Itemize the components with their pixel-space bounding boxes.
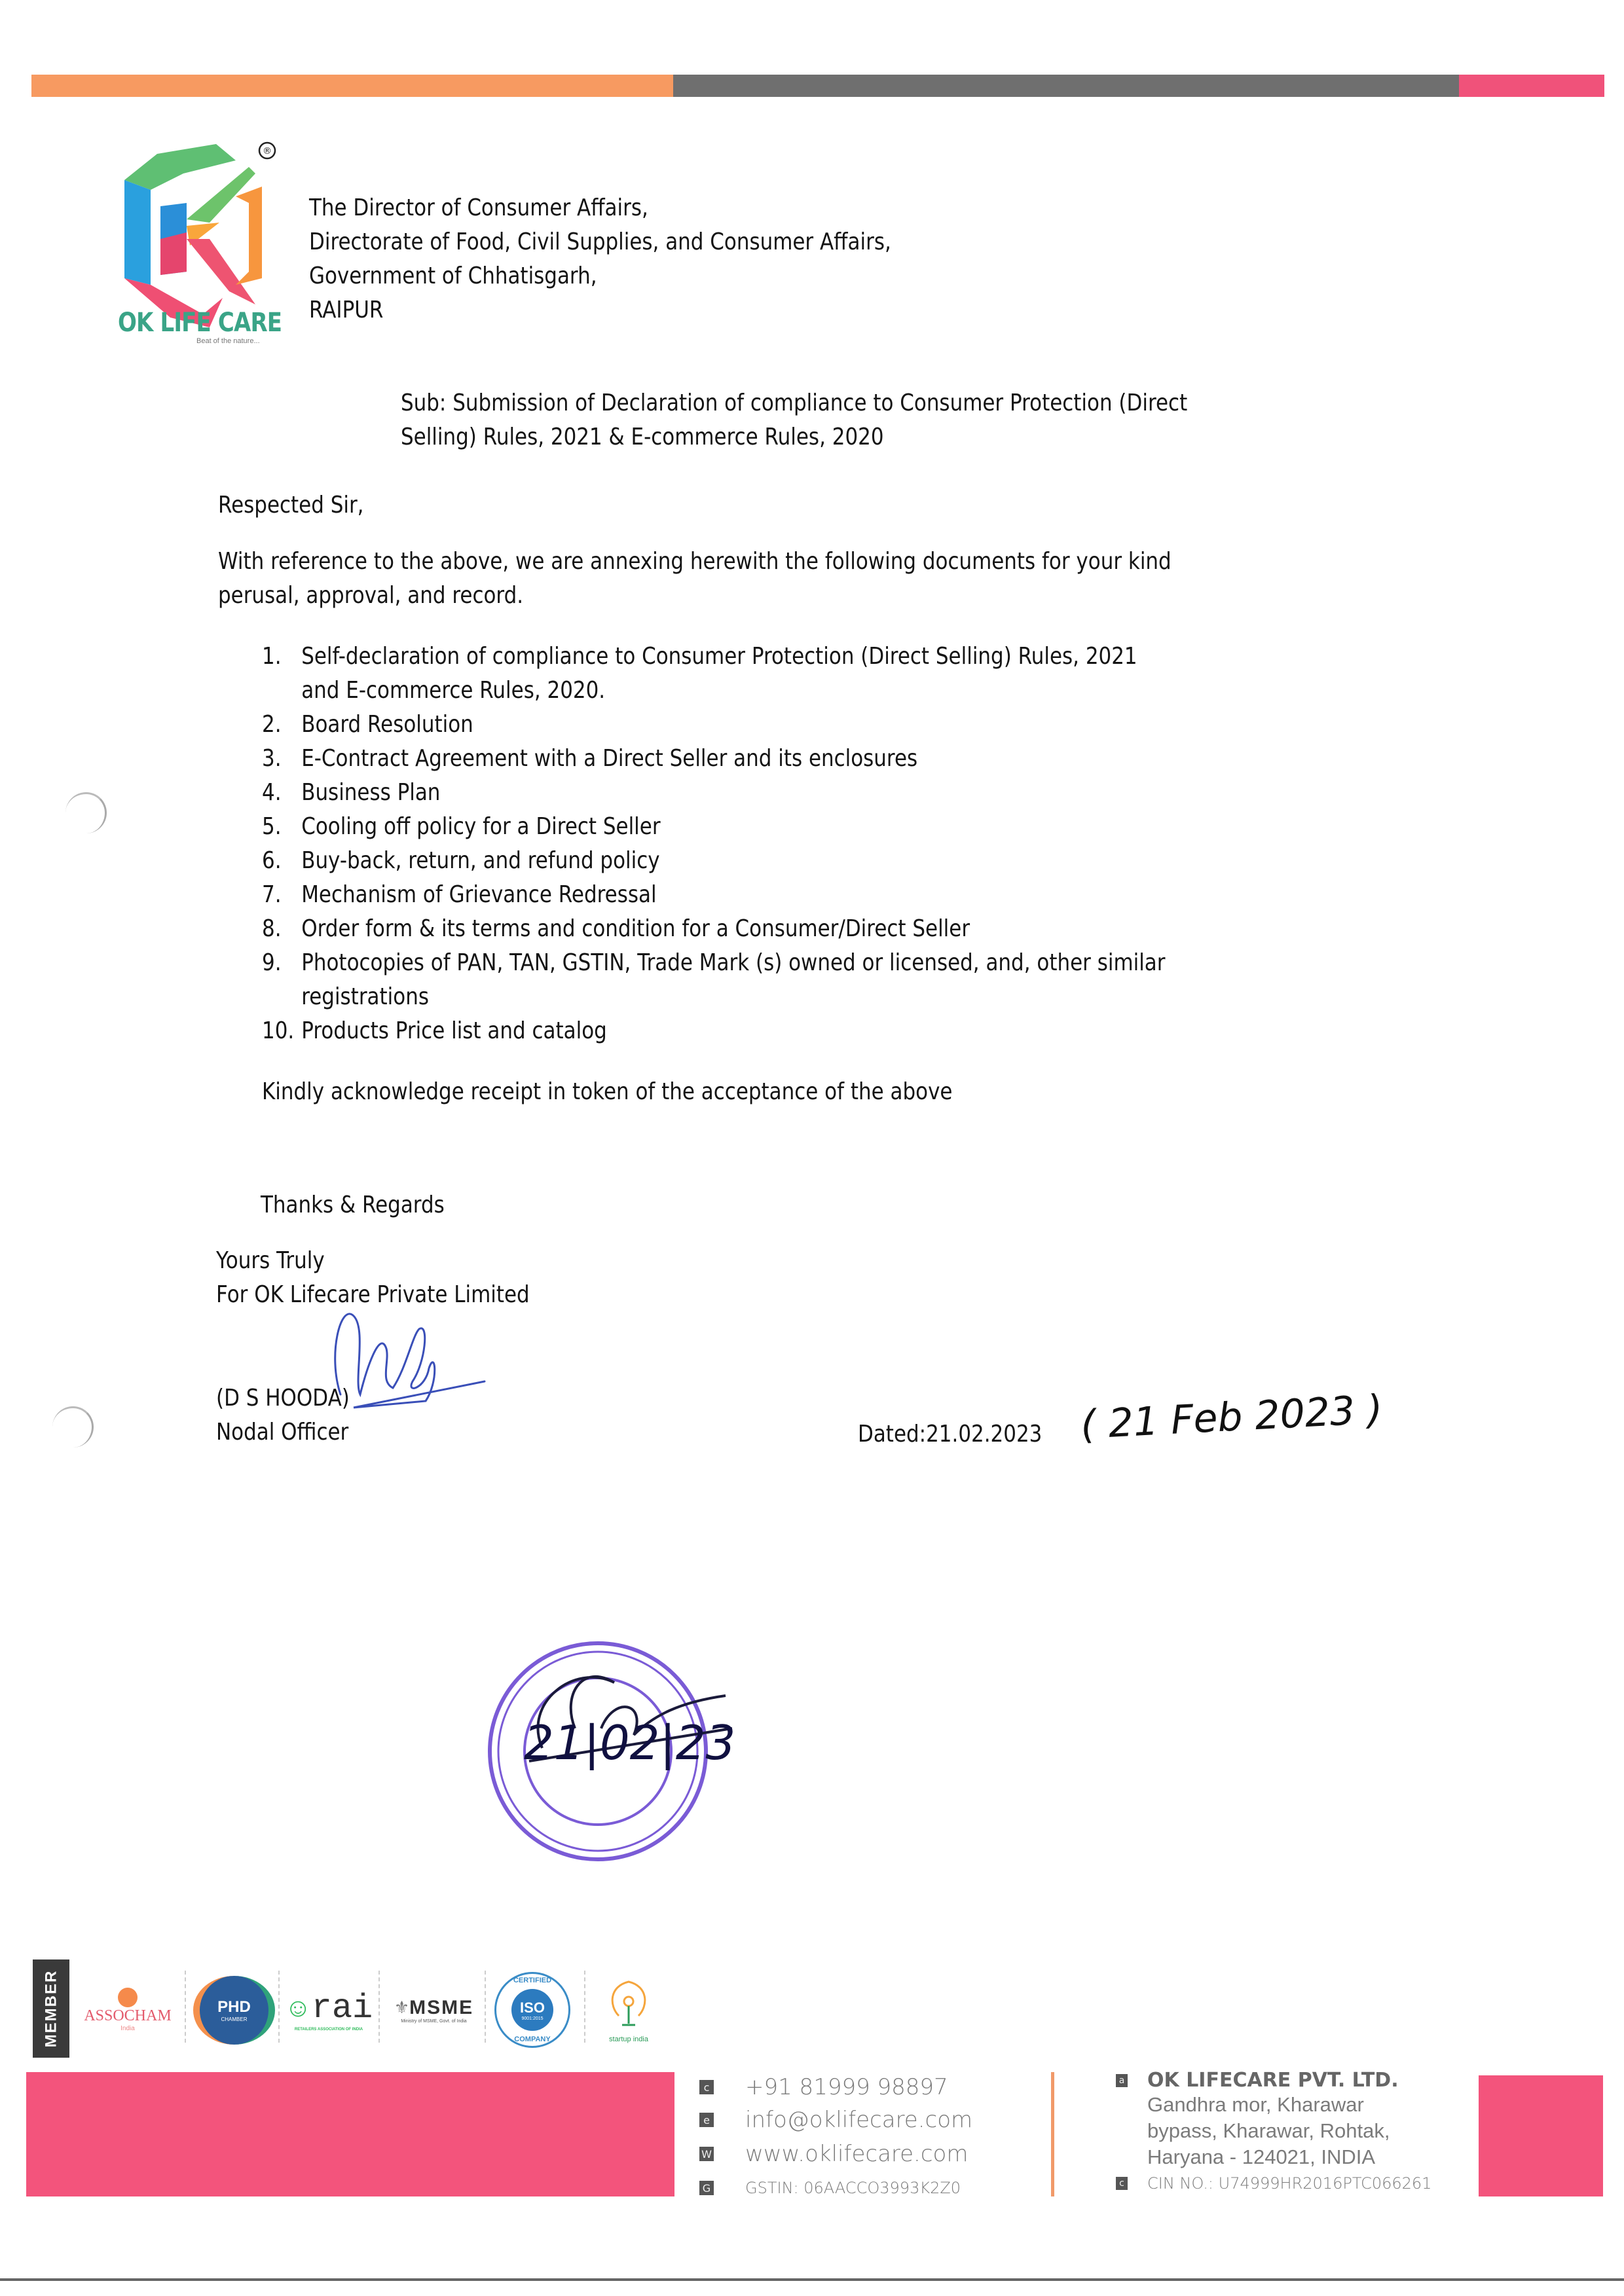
dated-field: Dated:21.02.2023 xyxy=(858,1417,1042,1451)
addressee-line: RAIPUR xyxy=(309,293,891,327)
stripe-pink xyxy=(1459,75,1604,97)
list-number: 6. xyxy=(262,844,301,878)
subject-line: Sub: Submission of Declaration of compli… xyxy=(401,386,1187,420)
yours-truly: Yours Truly xyxy=(216,1244,530,1278)
list-number: 2. xyxy=(262,708,301,742)
intro-line: With reference to the above, we are anne… xyxy=(218,545,1172,579)
phd-chamber-seal-icon: PHD CHAMBER xyxy=(193,1976,275,2045)
logo-brand-name: OK LIFE CARE xyxy=(118,308,282,338)
list-text: and E-commerce Rules, 2020. xyxy=(301,674,605,708)
lightbulb-icon xyxy=(609,1977,648,2035)
badge-separator xyxy=(378,1971,380,2043)
address-line: Haryana - 124021, INDIA xyxy=(1147,2144,1431,2170)
scan-punch-mark xyxy=(52,1406,94,1448)
company-address-block: a OK LIFECARE PVT. LTD. Gandhra mor, Kha… xyxy=(1116,2069,1431,2193)
address-line: Gandhra mor, Kharawar xyxy=(1147,2092,1431,2118)
address-line: bypass, Kharawar, Rohtak, xyxy=(1147,2118,1431,2144)
stripe-orange xyxy=(31,75,673,97)
phd-chamber-badge: PHD CHAMBER xyxy=(193,1964,275,2056)
list-text: Cooling off policy for a Direct Seller xyxy=(301,810,660,844)
document-list-item: 6.Buy-back, return, and refund policy xyxy=(262,844,1166,878)
badge-separator xyxy=(485,1971,486,2043)
assocham-badge: ASSOCHAM India xyxy=(82,1964,174,2056)
document-list-item: and E-commerce Rules, 2020. xyxy=(262,674,1166,708)
subject-line: Selling) Rules, 2021 & E-commerce Rules,… xyxy=(401,420,1187,454)
rai-badge: ☺ rai RETAILERS ASSOCIATION OF INDIA xyxy=(283,1964,375,2056)
startup-india-badge: startup india xyxy=(593,1964,665,2056)
address-icon: a xyxy=(1116,2074,1128,2087)
addressee-line: The Director of Consumer Affairs, xyxy=(309,191,891,225)
list-text: Products Price list and catalog xyxy=(301,1014,607,1048)
dated-label: Dated: xyxy=(858,1421,926,1448)
contact-phone: c +91 81999 98897 xyxy=(699,2074,948,2100)
document-list-item: 4.Business Plan xyxy=(262,776,1166,810)
list-number xyxy=(262,980,301,1014)
phone-icon: c xyxy=(699,2080,714,2094)
msme-badge: ⚜ MSME Ministry of MSME, Govt. of India xyxy=(386,1964,481,2056)
document-list-item: 8.Order form & its terms and condition f… xyxy=(262,912,1166,946)
logo-tagline: Beat of the nature... xyxy=(196,337,260,345)
documents-list: 1.Self-declaration of compliance to Cons… xyxy=(262,640,1166,1048)
assocham-sun-icon xyxy=(118,1988,138,2007)
contact-gstin: G GSTIN: 06AACCO3993K2Z0 xyxy=(699,2179,961,2197)
addressee-line: Directorate of Food, Civil Supplies, and… xyxy=(309,225,891,259)
addressee-line: Government of Chhatisgarh, xyxy=(309,259,891,293)
addressee-block: The Director of Consumer Affairs, Direct… xyxy=(309,191,891,327)
list-text: Self-declaration of compliance to Consum… xyxy=(301,640,1137,674)
contact-email: e info@oklifecare.com xyxy=(699,2107,972,2133)
cart-smiley-icon: ☺ xyxy=(285,1994,312,2023)
badge-separator xyxy=(584,1971,585,2043)
list-text: E-Contract Agreement with a Direct Selle… xyxy=(301,742,917,776)
phone-number: +91 81999 98897 xyxy=(745,2074,948,2100)
list-number: 1. xyxy=(262,640,301,674)
scan-punch-mark xyxy=(65,792,107,833)
list-text: Buy-back, return, and refund policy xyxy=(301,844,659,878)
acknowledgement-text: Kindly acknowledge receipt in token of t… xyxy=(262,1075,952,1109)
list-number: 10. xyxy=(262,1014,301,1048)
document-list-item: 2.Board Resolution xyxy=(262,708,1166,742)
gstin-icon: G xyxy=(699,2181,714,2195)
website-url: www.oklifecare.com xyxy=(745,2141,968,2167)
iso-badge: CERTIFIED ISO 9001:2015 COMPANY xyxy=(490,1964,575,2056)
svg-text:®: ® xyxy=(263,146,272,156)
document-list-item: registrations xyxy=(262,980,1166,1014)
document-list-item: 5.Cooling off policy for a Direct Seller xyxy=(262,810,1166,844)
list-number: 3. xyxy=(262,742,301,776)
salutation: Respected Sir, xyxy=(218,488,364,522)
list-text: Mechanism of Grievance Redressal xyxy=(301,878,656,912)
thanks-regards: Thanks & Regards xyxy=(261,1188,445,1222)
intro-line: perusal, approval, and record. xyxy=(218,579,1172,613)
handwritten-date: ( 21 Feb 2023 ) xyxy=(1079,1387,1384,1448)
document-list-item: 7.Mechanism of Grievance Redressal xyxy=(262,878,1166,912)
subject-block: Sub: Submission of Declaration of compli… xyxy=(401,386,1187,454)
footer-pink-block xyxy=(26,2072,674,2196)
cin-icon: c xyxy=(1116,2177,1128,2190)
signatory-title: Nodal Officer xyxy=(216,1415,350,1449)
signatory-block: (D S HOODA) Nodal Officer xyxy=(216,1381,350,1449)
cin-number: CIN NO.: U74999HR2016PTC066261 xyxy=(1147,2174,1431,2193)
list-number: 9. xyxy=(262,946,301,980)
gstin-number: GSTIN: 06AACCO3993K2Z0 xyxy=(745,2179,961,2197)
document-list-item: 1.Self-declaration of compliance to Cons… xyxy=(262,640,1166,674)
list-number: 8. xyxy=(262,912,301,946)
dated-value: 21.02.2023 xyxy=(926,1421,1042,1448)
intro-paragraph: With reference to the above, we are anne… xyxy=(218,545,1172,613)
list-text: Board Resolution xyxy=(301,708,473,742)
list-number: 4. xyxy=(262,776,301,810)
document-list-item: 10.Products Price list and catalog xyxy=(262,1014,1166,1048)
email-address: info@oklifecare.com xyxy=(745,2107,972,2133)
signatory-name: (D S HOODA) xyxy=(216,1381,350,1415)
list-number: 5. xyxy=(262,810,301,844)
document-list-item: 3.E-Contract Agreement with a Direct Sel… xyxy=(262,742,1166,776)
list-text: Business Plan xyxy=(301,776,440,810)
footer-pink-square xyxy=(1479,2075,1603,2196)
badge-separator xyxy=(185,1971,186,2043)
email-icon: e xyxy=(699,2113,714,2127)
member-label: MEMBER xyxy=(33,1959,69,2058)
document-list-item: 9.Photocopies of PAN, TAN, GSTIN, Trade … xyxy=(262,946,1166,980)
page-bottom-edge xyxy=(0,2278,1624,2281)
website-icon: W xyxy=(699,2147,714,2161)
list-text: Order form & its terms and condition for… xyxy=(301,912,970,946)
company-name: OK LIFECARE PVT. LTD. xyxy=(1147,2069,1399,2092)
list-number xyxy=(262,674,301,708)
contact-website: W www.oklifecare.com xyxy=(699,2141,968,2167)
stamp-handwritten-date: 21|02|23 xyxy=(524,1715,735,1770)
badge-separator xyxy=(278,1971,280,2043)
emblem-icon: ⚜ xyxy=(394,1997,409,2018)
footer-divider xyxy=(1051,2072,1054,2196)
stripe-grey xyxy=(673,75,1459,97)
list-number: 7. xyxy=(262,878,301,912)
iso-seal-icon: CERTIFIED ISO 9001:2015 COMPANY xyxy=(494,1972,570,2048)
header-color-stripe xyxy=(31,75,1604,97)
list-text: registrations xyxy=(301,980,429,1014)
list-text: Photocopies of PAN, TAN, GSTIN, Trade Ma… xyxy=(301,946,1165,980)
